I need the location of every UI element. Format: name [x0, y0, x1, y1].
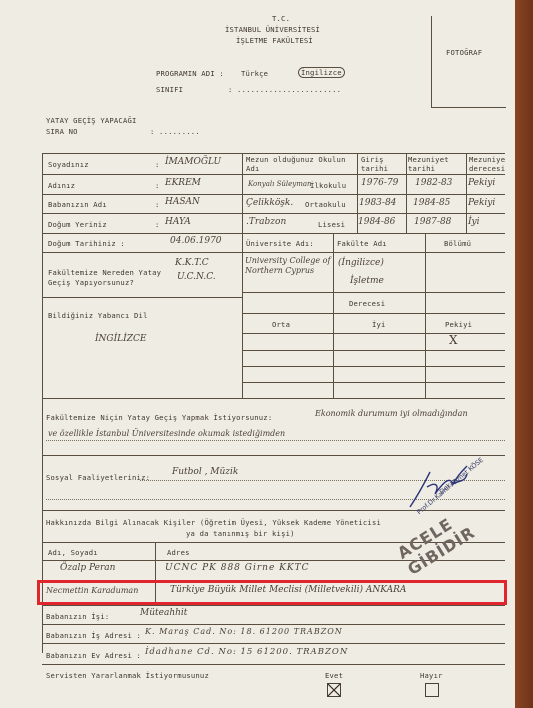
from-value-1[interactable]: K.K.T.C — [175, 258, 209, 268]
surname-label: Soyadınız — [48, 160, 89, 169]
father-name-label: Babanızın Adı — [48, 200, 107, 209]
ref-col-address: Adres — [167, 548, 190, 557]
service-yes-label: Evet — [325, 671, 343, 680]
reason-line-1[interactable]: Ekonomik durumum iyi olmadığından — [315, 409, 468, 418]
degree-col-orta: Orta — [272, 320, 290, 329]
school-header-name: Mezun olduğunuz Okulun Adı — [246, 155, 356, 173]
father-home-addr-label: Babanızın Ev Adresi : — [46, 651, 141, 660]
degree-col-pekiyi: Pekiyi — [445, 320, 472, 329]
degree-col-iyi: İyi — [372, 320, 386, 329]
transfer-label: YATAY GEÇİŞ YAPACAĞI — [46, 116, 137, 125]
reason-label: Fakültemize Niçin Yatay Geçiş Yapmak İst… — [46, 413, 272, 422]
name-value[interactable]: EKREM — [165, 178, 201, 188]
father-job-label: Babanızın İşi: — [46, 612, 109, 621]
birthdate-label: Doğum Tarihiniz : — [48, 239, 125, 248]
from-label-1: Fakültemize Nereden Yatay — [48, 268, 161, 277]
photo-box: FOTOĞRAF — [431, 16, 506, 108]
father-work-addr-value[interactable]: K. Maraş Cad. No: 18. 61200 TRABZON — [145, 627, 343, 636]
document-page: T.C. İSTANBUL ÜNİVERSİTESİ İŞLETME FAKÜL… — [0, 0, 515, 708]
transfer-no-label: SIRA NO — [46, 127, 78, 136]
from-value-2[interactable]: U.C.N.C. — [177, 272, 216, 282]
father-home-addr-value[interactable]: İdadhane Cd. No: 15 61200. TRABZON — [145, 647, 348, 657]
school-header-entry: Giriş tarihi — [361, 155, 401, 173]
header-tc: T.C. — [272, 14, 290, 23]
school-header-grad: Mezuniyet tarihi — [408, 155, 464, 173]
social-label: Sosyal Faaliyetleriniz: — [46, 473, 150, 482]
references-label-1: Hakkınızda Bilgi Alınacak Kişiler (Öğret… — [46, 518, 381, 527]
service-no-label: Hayır — [420, 671, 443, 680]
school-header-grade: Mezuniyet derecesi — [469, 155, 505, 173]
language-label: Bildiğiniz Yabancı Dil — [48, 311, 148, 320]
program-label: PROGRAMIN ADI : — [156, 69, 224, 78]
class-value[interactable]: : ....................... — [228, 85, 341, 94]
service-no-checkbox[interactable] — [425, 683, 439, 697]
social-value[interactable]: Futbol , Müzik — [172, 467, 238, 477]
faculty-value-1[interactable]: (İngilizce) — [338, 258, 384, 268]
service-label: Servisten Yararlanmak İstiyormusunuz — [46, 671, 209, 680]
signature-icon — [405, 462, 475, 512]
from-label-2: Geçiş Yapıyorsunuz? — [48, 278, 134, 287]
language-value[interactable]: İNGİLİZCE — [95, 334, 146, 344]
father-name-value[interactable]: HASAN — [165, 197, 200, 207]
program-option-turkish[interactable]: Türkçe — [241, 69, 268, 78]
class-label: SINIFI — [156, 85, 183, 94]
birthplace-label: Doğum Yeriniz — [48, 220, 107, 229]
degree-mark[interactable]: X — [449, 333, 458, 347]
faculty-header: Fakülte Adı — [337, 239, 387, 248]
header-university: İSTANBUL ÜNİVERSİTESİ — [225, 25, 320, 34]
name-label: Adınız — [48, 181, 75, 190]
department-header: Bölümü — [444, 239, 471, 248]
surname-value[interactable]: İMAMOĞLU — [165, 157, 221, 167]
birthdate-value[interactable]: 04.06.1970 — [170, 236, 222, 246]
photo-label: FOTOĞRAF — [446, 48, 482, 57]
highlight-box — [37, 580, 507, 605]
reason-line-2[interactable]: ve özellikle İstanbul Üniversitesinde ok… — [48, 429, 285, 438]
program-option-english[interactable]: İngilizce — [298, 67, 345, 78]
service-yes-checkbox[interactable] — [327, 683, 341, 697]
father-work-addr-label: Babanızın İş Adresi : — [46, 631, 141, 640]
references-label-2: ya da tanınmış bir kişi) — [186, 529, 295, 538]
birthplace-value[interactable]: HAYA — [165, 217, 191, 227]
university-header: Üniversite Adı: — [246, 239, 314, 248]
degree-label: Derecesi — [349, 299, 385, 308]
transfer-no-value[interactable]: : ......... — [150, 127, 200, 136]
header-faculty: İŞLETME FAKÜLTESİ — [236, 36, 313, 45]
ref-col-name: Adı, Soyadı — [48, 548, 98, 557]
university-name[interactable]: University College of Northern Cyprus — [245, 256, 333, 276]
father-job-value[interactable]: Müteahhit — [140, 608, 187, 618]
faculty-value-2[interactable]: İşletme — [350, 276, 384, 286]
